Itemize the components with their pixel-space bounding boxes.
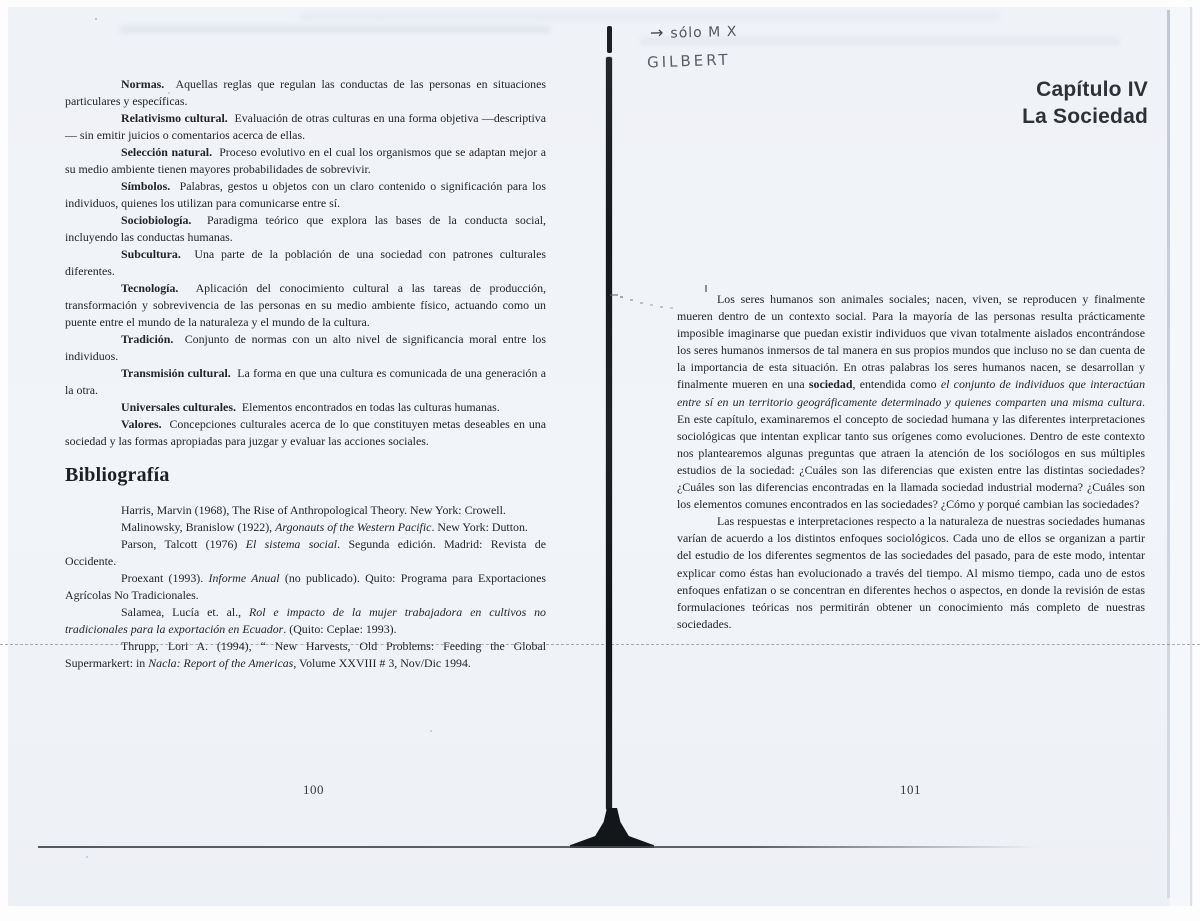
bibliography-entry: Malinowsky, Branislow (1922), Argonauts …: [65, 519, 546, 536]
glossary-term: Símbolos.: [121, 179, 180, 193]
glossary-entry: Tradición.Conjunto de normas con un alto…: [65, 331, 546, 365]
binding-crease-tick: [607, 26, 612, 53]
glossary-term: Tecnología.: [121, 281, 196, 295]
bibliography-entry: Proexant (1993). Informe Anual (no publi…: [65, 570, 546, 604]
bleedthrough-smudge: [120, 26, 550, 33]
page-bottom-rule: [38, 846, 1038, 848]
scanned-book-spread: Normas.Aquellas reglas que regulan las c…: [0, 0, 1200, 921]
glossary-entry: Subcultura.Una parte de la población de …: [65, 246, 546, 280]
glossary-term: Sociobiología.: [121, 213, 207, 227]
glossary-entry: Normas.Aquellas reglas que regulan las c…: [65, 76, 546, 110]
glossary-list: Normas.Aquellas reglas que regulan las c…: [65, 76, 546, 450]
glossary-entry: Sociobiología.Paradigma teórico que expl…: [65, 212, 546, 246]
body-paragraph: Las respuestas e interpretaciones respec…: [677, 513, 1145, 633]
glossary-entry: Relativismo cultural.Evaluación de otras…: [65, 110, 546, 144]
glossary-term: Selección natural.: [121, 145, 219, 159]
handwritten-arrow-icon: →: [650, 23, 665, 42]
handwritten-annotation-line2: GILBERT: [647, 51, 731, 72]
glossary-term: Tradición.: [121, 332, 185, 346]
handwritten-text: sólo M X: [670, 24, 737, 42]
pencil-mark: [610, 294, 618, 296]
chapter-label: Capítulo IV: [1022, 76, 1148, 103]
glossary-entry: Símbolos.Palabras, gestos u objetos con …: [65, 178, 546, 212]
scan-speckles: [95, 18, 97, 20]
glossary-entry: Selección natural.Proceso evolutivo en e…: [65, 144, 546, 178]
bibliography-entry: Harris, Marvin (1968), The Rise of Anthr…: [65, 502, 546, 519]
bleedthrough-smudge: [300, 14, 1000, 19]
scan-edge-line: [1190, 7, 1192, 906]
glossary-term: Normas.: [121, 77, 176, 91]
handwritten-annotation-line1: →sólo M X: [650, 21, 738, 42]
chapter-heading: Capítulo IV La Sociedad: [1022, 76, 1148, 130]
chapter-title: La Sociedad: [1022, 103, 1148, 130]
left-page-text-column: Normas.Aquellas reglas que regulan las c…: [65, 76, 546, 672]
bibliography-entry: Parson, Talcott (1976) El sistema social…: [65, 536, 546, 570]
glossary-term: Transmisión cultural.: [121, 366, 237, 380]
bibliography-entry: Thrupp, Lori A. (1994), “ New Harvests, …: [65, 638, 546, 672]
glossary-entry: Universales culturales.Elementos encontr…: [65, 399, 546, 416]
glossary-entry: Transmisión cultural.La forma en que una…: [65, 365, 546, 399]
glossary-entry: Valores.Concepciones culturales acerca d…: [65, 416, 546, 450]
glossary-term: Subcultura.: [121, 247, 194, 261]
body-paragraph: Los seres humanos son animales sociales;…: [677, 291, 1145, 513]
glossary-term: Relativismo cultural.: [121, 111, 234, 125]
glossary-entry: Tecnología.Aplicación del conocimiento c…: [65, 280, 546, 331]
glossary-term: Universales culturales.: [121, 400, 242, 414]
page-edge-shadow-line: [1167, 10, 1170, 898]
bibliography-heading: Bibliografía: [65, 463, 546, 487]
page-number-right: 101: [900, 782, 921, 798]
glossary-definition: Elementos encontrados en todas las cultu…: [242, 400, 500, 414]
right-page-text-column: Los seres humanos son animales sociales;…: [677, 291, 1145, 633]
glossary-term: Valores.: [121, 417, 169, 431]
binding-crease-line: [606, 57, 612, 810]
bibliography-list: Harris, Marvin (1968), The Rise of Anthr…: [65, 502, 546, 672]
bibliography-entry: Salamea, Lucía et. al., Rol e impacto de…: [65, 604, 546, 638]
pencil-dots-trail: [620, 296, 623, 298]
page-number-left: 100: [303, 782, 324, 798]
